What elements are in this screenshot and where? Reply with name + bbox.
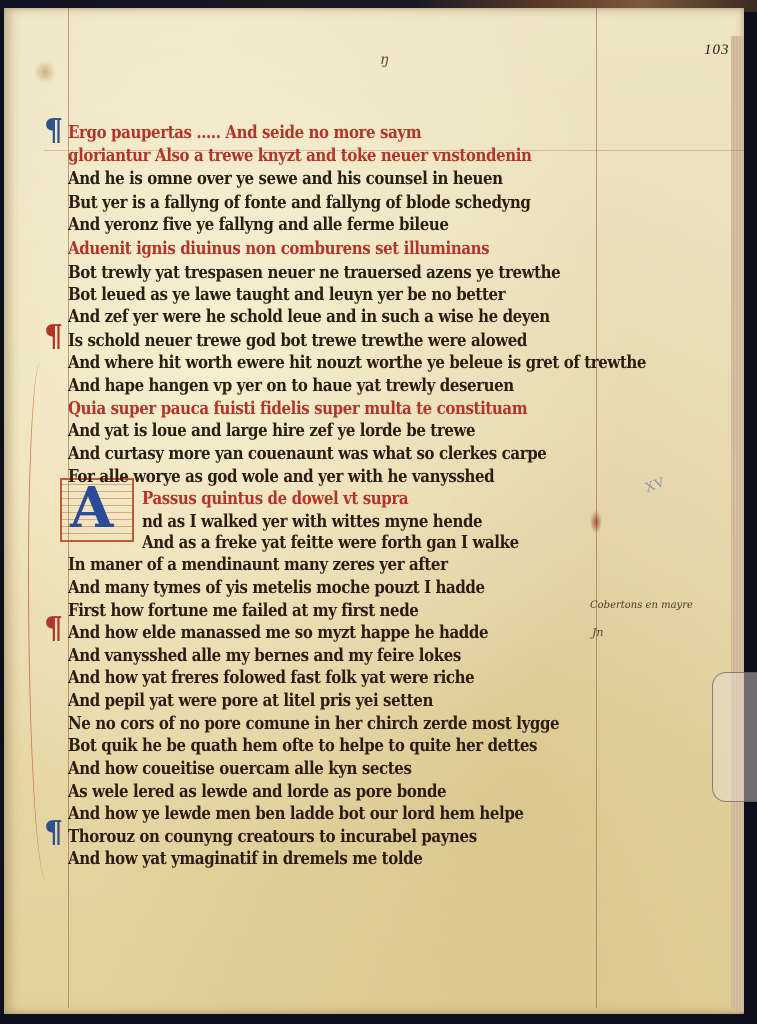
text-line-3: And he is omne over ye sewe and his coun… <box>68 167 503 190</box>
page-tab[interactable] <box>712 672 757 802</box>
text-line-24: And vanysshed alle my bernes and my feir… <box>68 644 461 667</box>
text-line-6-rubric: Aduenit ignis diuinus non comburens set … <box>68 237 489 260</box>
text-line-32: Thorouz on counyng creatours to incurabe… <box>68 825 477 848</box>
text-line-28: Bot quik he be quath hem ofte to helpe t… <box>68 734 537 757</box>
text-line-21: And many tymes of yis metelis moche pouz… <box>68 576 485 599</box>
text-line-4: But yer is a fallyng of fonte and fallyn… <box>68 191 530 214</box>
paraph-mark-blue-top: ¶ <box>44 116 63 146</box>
text-line-5: And yeronz five ye fallyng and alle ferm… <box>68 213 449 236</box>
text-line-26: And pepil yat were pore at litel pris ye… <box>68 689 433 712</box>
text-line-11: And where hit worth ewere hit nouzt wort… <box>68 351 646 374</box>
text-line-22: First how fortune me failed at my first … <box>68 599 418 622</box>
text-line-12: And hape hangen vp yer on to haue yat tr… <box>68 374 514 397</box>
stain-mark <box>34 60 56 84</box>
text-line-29: And how coueitise ouercam alle kyn secte… <box>68 757 411 780</box>
text-line-33: And how yat ymaginatif in dremels me tol… <box>68 847 422 870</box>
text-line-19: And as a freke yat feitte were forth gan… <box>142 531 519 554</box>
text-line-25: And how yat freres folowed fast folk yat… <box>68 666 474 689</box>
paraph-mark-blue-bottom: ¶ <box>44 818 63 848</box>
text-line-9: And zef yer were he schold leue and in s… <box>68 305 550 328</box>
marginal-note-2: Jn <box>592 626 604 639</box>
text-line-20: In maner of a mendinaunt many zeres yer … <box>68 553 448 576</box>
folio-number: 103 <box>704 42 730 59</box>
page-fore-edge <box>731 36 744 1012</box>
right-ruling-line <box>596 8 597 1008</box>
text-line-2: gloriantur Also a trewe knyzt and toke n… <box>68 144 532 167</box>
text-line-13-rubric: Quia super pauca fuisti fidelis super mu… <box>68 397 527 420</box>
text-line-1: Ergo paupertas ..... And seide no more s… <box>68 121 421 144</box>
text-line-8: Bot leued as ye lawe taught and leuyn ye… <box>68 283 505 306</box>
catchword-mark: ŋ <box>380 52 389 68</box>
text-line-10: Is schold neuer trewe god bot trewe trew… <box>68 329 527 352</box>
text-line-27: Ne no cors of no pore comune in her chir… <box>68 712 559 735</box>
marginal-note: Cobertons en mayre <box>590 600 693 611</box>
illuminated-initial: A <box>60 478 134 542</box>
text-line-14: And yat is loue and large hire zef ye lo… <box>68 419 475 442</box>
text-line-18: nd as I walked yer with wittes myne hend… <box>142 510 482 533</box>
text-line-23: And how elde manassed me so myzt happe h… <box>68 621 488 644</box>
text-line-31: And how ye lewde men ben ladde bot our l… <box>68 802 524 825</box>
text-line-16: For alle worye as god wole and yer with … <box>68 465 494 488</box>
passus-heading: Passus quintus de dowel vt supra <box>142 487 408 510</box>
text-line-15: And curtasy more yan couenaunt was what … <box>68 442 546 465</box>
paraph-mark-red-2: ¶ <box>44 614 63 644</box>
text-line-7: Bot trewly yat trespasen neuer ne trauer… <box>68 261 560 284</box>
red-ink-blot <box>590 510 602 534</box>
text-line-30: As wele lered as lewde and lorde as pore… <box>68 780 446 803</box>
paraph-mark-red: ¶ <box>44 322 63 352</box>
